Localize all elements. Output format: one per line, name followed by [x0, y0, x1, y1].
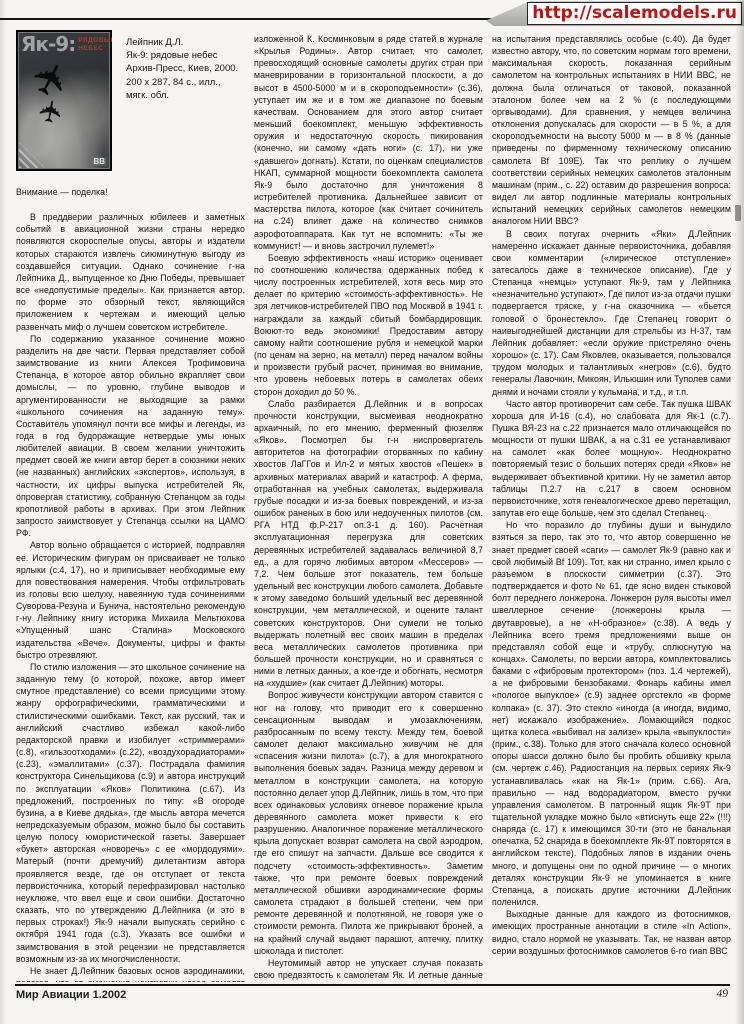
top-rule — [0, 18, 542, 20]
scan-artifact — [735, 205, 741, 221]
scan-edge-shadow — [0, 0, 6, 1024]
article-paragraph: Автор вольно обращается с историей, подп… — [16, 539, 245, 661]
article-paragraph: В своих потугах очернить «Яки» Д.Лейпник… — [492, 228, 731, 398]
article-paragraph: По стилю изложения — это школьное сочине… — [16, 661, 245, 965]
magazine-page: http://scalemodels.ru ✈ ✈ Як-9: РЯДОВЫЕ … — [0, 0, 744, 1024]
section-heading: Внимание — поделка! — [16, 186, 245, 198]
article-paragraph: Вопрос живучести конструкции автором ста… — [254, 689, 483, 956]
footer-rule — [15, 984, 730, 986]
watermark-banner: http://scalemodels.ru — [486, 1, 744, 26]
cover-subtitle-line1: РЯДОВЫЕ — [78, 37, 112, 44]
journal-title: Мир Авиации 1.2002 — [16, 989, 126, 1001]
cover-subtitle: РЯДОВЫЕ НЕБЕС — [78, 35, 112, 53]
scan-edge-shadow — [735, 0, 744, 1024]
article-paragraph: Выходные данные для каждого из фотоснимк… — [492, 908, 731, 957]
text-column-3: на испытания представлялись особые (с.40… — [492, 33, 731, 982]
aircraft-silhouette-icon: ✈ — [32, 96, 66, 126]
article-paragraph: изложенной К. Косминковым в ряде статей … — [254, 33, 483, 252]
cover-title: Як-9: — [21, 35, 75, 53]
article-paragraph: на испытания представлялись особые (с.40… — [492, 33, 731, 228]
watermark-url[interactable]: http://scalemodels.ru — [527, 2, 742, 25]
article-paragraph: Боевую эффективность «наш историк» оцени… — [254, 252, 483, 398]
article-paragraph: Неутомимый автор не упускает случая пока… — [254, 957, 483, 982]
cover-subtitle-line2: НЕБЕС — [78, 45, 103, 52]
article-paragraph: Но что поразило до глубины души и вынуди… — [492, 519, 731, 908]
article-paragraph: В преддверии различных юбилеев и заметны… — [16, 211, 245, 333]
article-paragraph: Не знает Д.Лейпник базовых основ аэродин… — [16, 965, 245, 982]
page-number: 49 — [717, 988, 729, 1000]
cover-badge: ВВ — [91, 157, 107, 166]
article-paragraph: Часто автор противоречит сам себе. Так п… — [492, 398, 731, 520]
article-paragraph: Слабо разбирается Д.Лейпник и в вопросах… — [254, 398, 483, 690]
text-column-2: изложенной К. Косминковым в ряде статей … — [254, 33, 483, 982]
text-column-1: Внимание — поделка!В преддверии различны… — [16, 186, 245, 982]
book-cover-image: ✈ ✈ Як-9: РЯДОВЫЕ НЕБЕС ВВ — [16, 30, 112, 171]
article-paragraph: По содержанию указанное сочинение можно … — [16, 333, 245, 540]
